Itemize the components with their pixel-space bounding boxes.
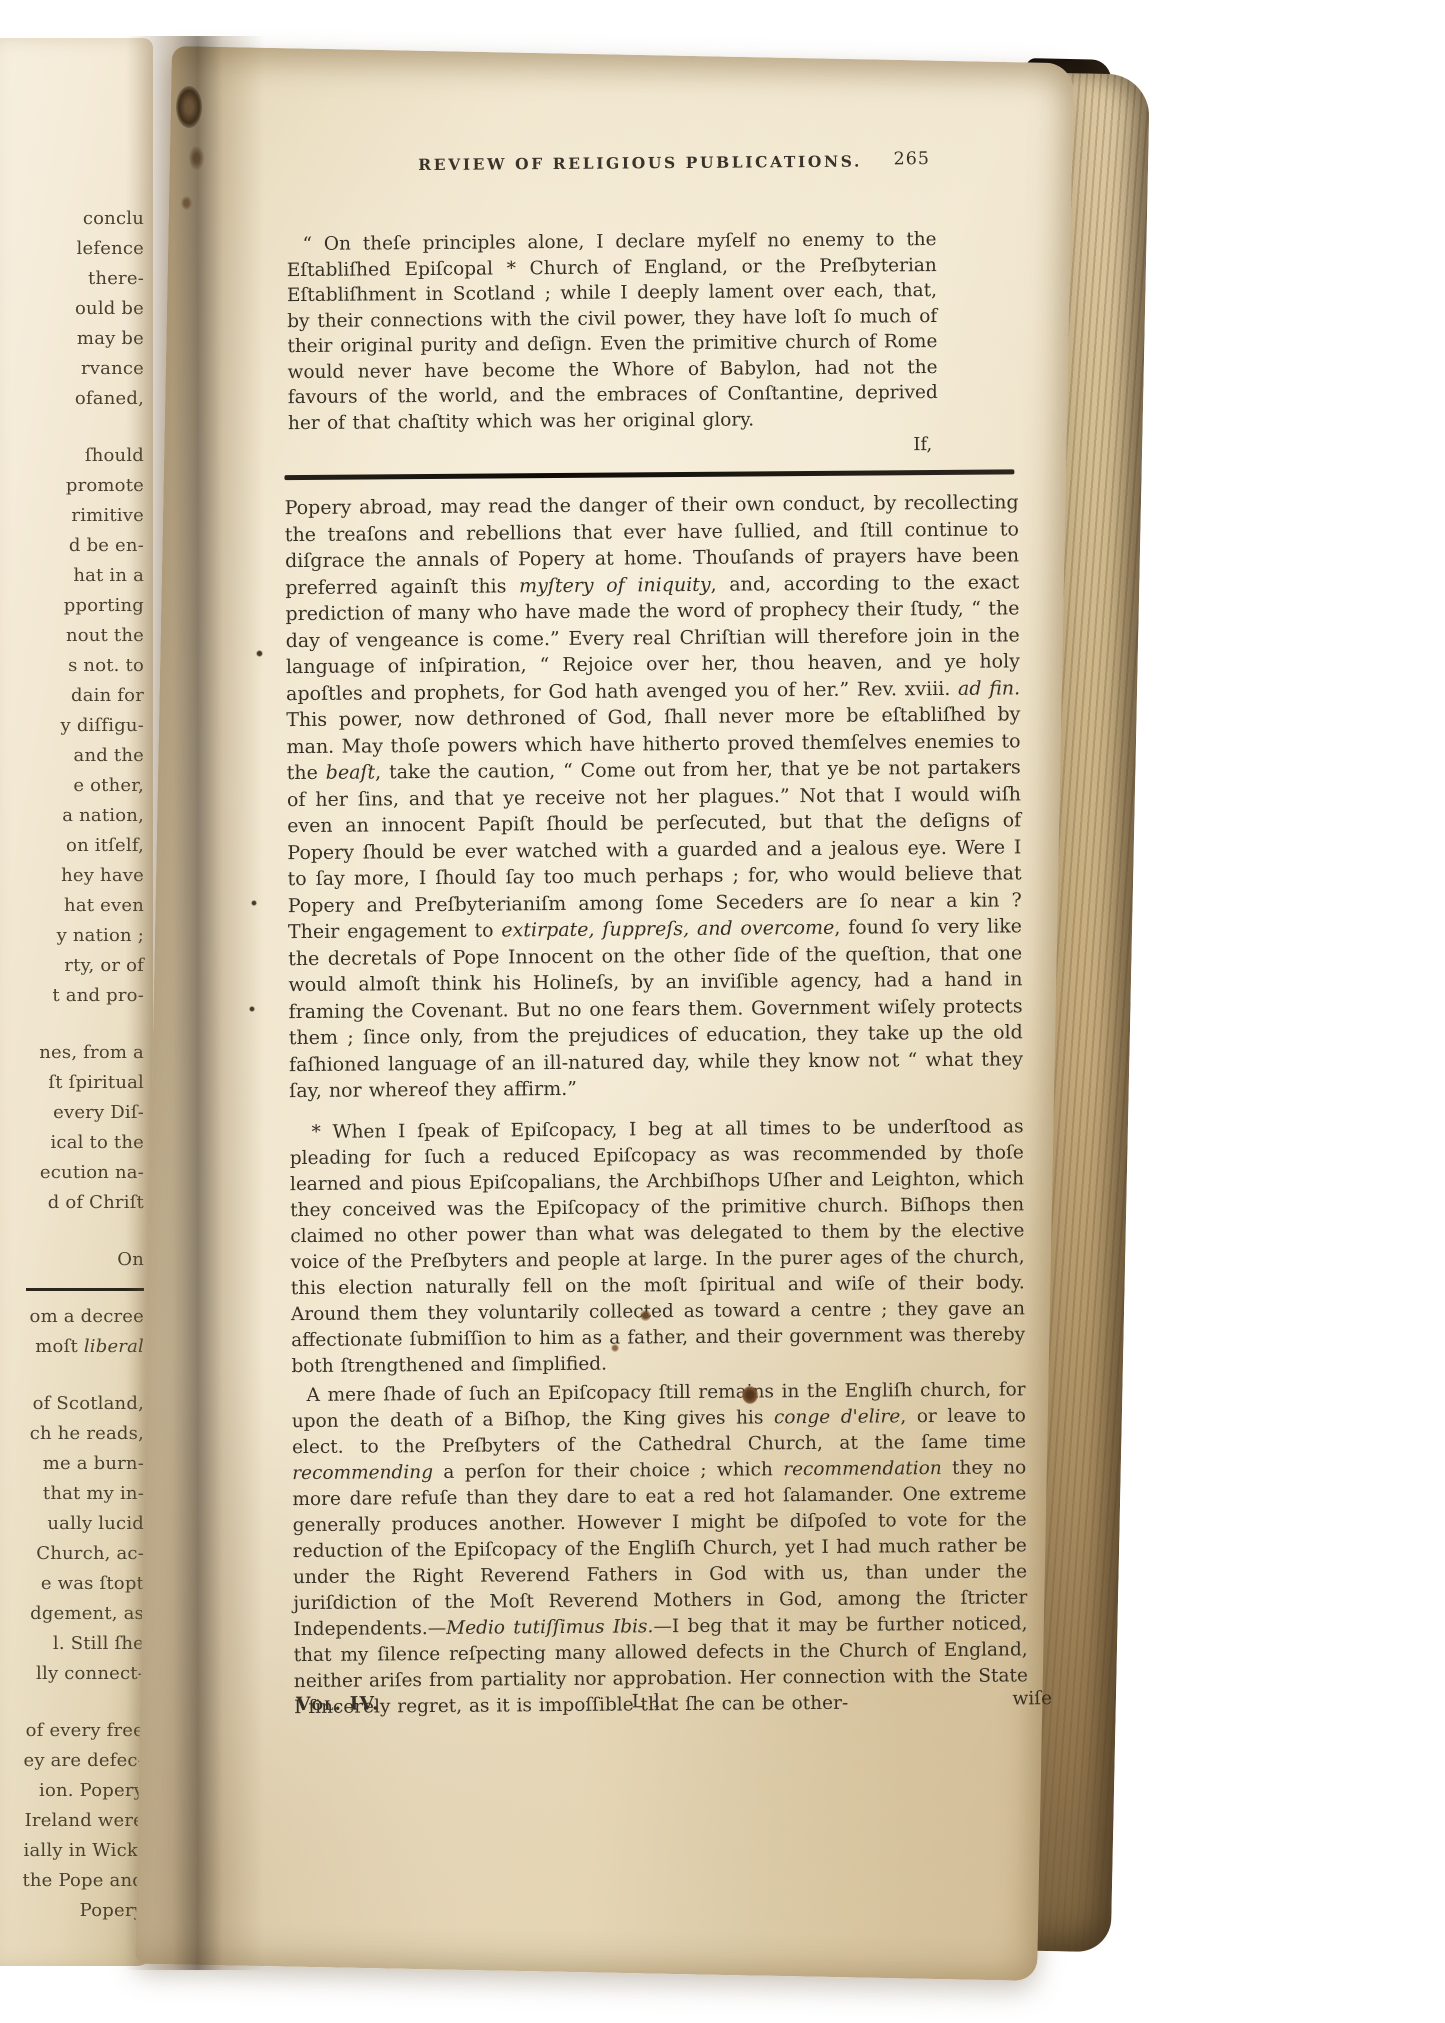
text-segment: * When I ſpeak of Epiſcopacy, I beg at a… — [290, 1116, 1026, 1377]
left-page-line: ical to the — [0, 1128, 144, 1158]
italic-text: recommending — [292, 1461, 433, 1483]
left-page-line: ey are defec- — [0, 1746, 144, 1776]
left-page-line: ſt ſpiritual — [0, 1068, 144, 1098]
left-page-line: on itſelf, — [0, 831, 144, 861]
left-page-line: that my in- — [0, 1479, 144, 1509]
left-page-line: y diſfigu- — [0, 711, 144, 741]
left-page-line: s not. to — [0, 651, 144, 681]
left-page-line: nes, from a — [0, 1038, 144, 1068]
left-page-edge: conclulefencethere-ould bemay bervanceof… — [0, 38, 153, 1966]
text-segment: “ On theſe principles alone, I declare m… — [287, 229, 938, 434]
left-page-line: dgement, as — [0, 1599, 144, 1629]
left-page-line: a nation, — [0, 801, 144, 831]
left-page-line: conclu — [0, 204, 144, 234]
left-page-line: nout the — [0, 621, 144, 651]
left-page-line: Ireland were — [0, 1806, 144, 1836]
left-page-line: lefence — [0, 234, 144, 264]
left-page-line: e was ſtopt — [0, 1569, 144, 1599]
page-number: 265 — [893, 149, 930, 169]
catchword-line-top: If, — [284, 434, 952, 460]
page-text-block: REVIEW OF RELIGIOUS PUBLICATIONS. 265 “ … — [282, 150, 1029, 1796]
left-page-line: l. Still ſhe — [0, 1629, 144, 1659]
left-page-line: y nation ; — [0, 921, 144, 951]
signature-mark: L l — [632, 1691, 662, 1712]
left-page-line: lly connect- — [0, 1659, 144, 1689]
text-segment: they no more dare refuſe than they dare … — [292, 1457, 1027, 1640]
left-page-line: ially in Wick- — [0, 1836, 144, 1866]
left-page-line: hat in a — [0, 561, 144, 591]
volume-label: Vol. IV. — [296, 1693, 380, 1715]
left-page-line: e other, — [0, 771, 144, 801]
italic-text: recommendation — [783, 1457, 942, 1479]
left-page-line: hey have — [0, 861, 144, 891]
italic-text: liberal — [84, 1336, 144, 1357]
quoted-extract: “ On theſe principles alone, I declare m… — [287, 227, 939, 436]
italic-text: ad fin. — [958, 677, 1020, 699]
left-page-line: Church, ac- — [0, 1539, 144, 1569]
left-page-line: promote — [0, 471, 144, 501]
left-page-line: ch he reads, — [0, 1419, 144, 1449]
italic-text: myſtery of iniquity — [519, 573, 711, 597]
footnote-paragraph-2: A mere ſhade of ſuch an Epiſcopacy ſtill… — [292, 1377, 1029, 1721]
left-page-line: of every free — [0, 1716, 144, 1746]
italic-text: Medio tutiſſimus Ibis. — [446, 1616, 653, 1639]
left-page-line: om a decree — [0, 1302, 144, 1332]
text-segment: , found ſo very like the decretals of Po… — [288, 915, 1023, 1102]
left-page-line: rvance — [0, 354, 144, 384]
left-page-line: may be — [0, 324, 144, 354]
left-page-text-fragments: conclulefencethere-ould bemay bervanceof… — [0, 204, 144, 1926]
catchword-top: If, — [913, 434, 932, 455]
left-page-line: ofaned, — [0, 384, 144, 414]
left-page-line: ually lucid — [0, 1509, 144, 1539]
left-page-line: ſhould — [0, 441, 144, 471]
text-segment: a perſon for their choice ; which — [433, 1459, 783, 1483]
catchword-bottom: wiſe — [1012, 1688, 1052, 1709]
book-photo: conclulefencethere-ould bemay bervanceof… — [0, 0, 1445, 2023]
left-page-line: On — [0, 1245, 144, 1275]
left-page-line: ould be — [0, 294, 144, 324]
text-segment: , take the caution, “ Come out from her,… — [287, 756, 1022, 943]
italic-text: extirpate, ſuppreſs, and overcome — [501, 917, 834, 942]
left-page-line: hat even — [0, 891, 144, 921]
left-page-line: pporting — [0, 591, 144, 621]
left-page-line: there- — [0, 264, 144, 294]
book-page: REVIEW OF RELIGIOUS PUBLICATIONS. 265 “ … — [135, 46, 1074, 1981]
left-page-line: me a burn- — [0, 1449, 144, 1479]
left-page-line: every Diſ- — [0, 1098, 144, 1128]
left-page-line: Popery — [0, 1896, 144, 1926]
left-page-line: and the — [0, 741, 144, 771]
main-paragraph: Popery abroad, may read the danger of th… — [285, 489, 1024, 1104]
left-page-rule — [26, 1288, 144, 1291]
left-page-line: of Scotland, — [0, 1389, 144, 1419]
section-rule — [284, 469, 1014, 480]
left-page-line: the Pope and — [0, 1866, 144, 1896]
left-page-line: ecution na- — [0, 1158, 144, 1188]
left-page-line: t and pro- — [0, 981, 144, 1011]
page-header-title: REVIEW OF RELIGIOUS PUBLICATIONS. — [418, 152, 862, 174]
running-header: REVIEW OF RELIGIOUS PUBLICATIONS. 265 — [282, 150, 1016, 182]
left-page-line: ion. Popery — [0, 1776, 144, 1806]
left-page-line: rimitive — [0, 501, 144, 531]
left-page-line: dain for — [0, 681, 144, 711]
left-page-line: rty, or of — [0, 951, 144, 981]
footnote-paragraph-1: * When I ſpeak of Epiſcopacy, I beg at a… — [289, 1114, 1025, 1380]
italic-text: conge d'elire — [774, 1406, 900, 1428]
left-page-line: d of Chriſt — [0, 1188, 144, 1218]
left-page-line: d be en- — [0, 531, 144, 561]
italic-text: beaſt — [326, 761, 376, 783]
left-page-line: moſt liberal — [0, 1332, 144, 1362]
